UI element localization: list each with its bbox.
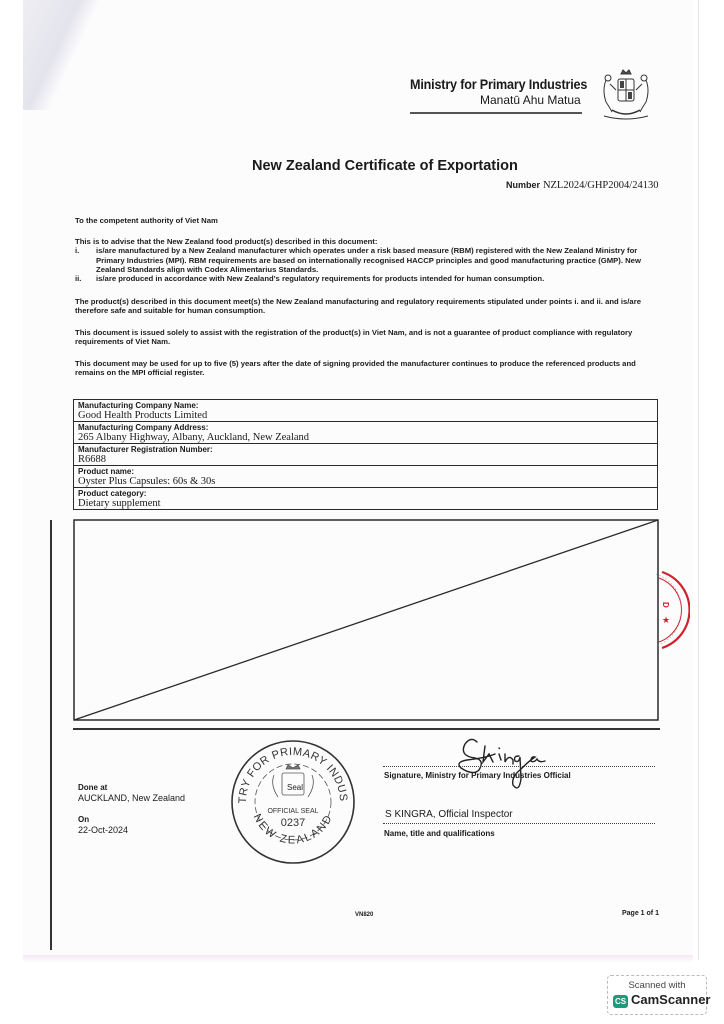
margin-line (50, 520, 52, 950)
field-value: Dietary supplement (78, 498, 653, 509)
svg-text:D: D (661, 602, 670, 608)
paragraph-compliance: The product(s) described in this documen… (75, 297, 660, 316)
seal-center-label: Seal (287, 783, 303, 792)
page-number: Page 1 of 1 (622, 910, 659, 917)
certificate-title: New Zealand Certificate of Exportation (252, 158, 518, 174)
cancelled-blank-box (73, 519, 659, 721)
done-at-value: AUCKLAND, New Zealand (78, 793, 185, 804)
date-value: 22-Oct-2024 (78, 825, 185, 836)
point-marker: i. (75, 246, 96, 274)
intro-text: This is to advise that the New Zealand f… (75, 237, 660, 246)
table-row: Product category: Dietary supplement (74, 488, 658, 510)
field-label: Manufacturing Company Name: (78, 401, 653, 410)
page-fold (23, 0, 98, 110)
seal-top-text: MINISTRY FOR PRIMARY INDUSTRIES (228, 737, 349, 804)
form-code: VN820 (355, 912, 373, 918)
ministry-name: Ministry for Primary Industries (410, 76, 587, 92)
coat-of-arms-icon (596, 66, 656, 122)
official-seal-stamp: MINISTRY FOR PRIMARY INDUSTRIES NEW ZEAL… (228, 737, 358, 867)
field-value: Good Health Products Limited (78, 410, 653, 421)
name-line (383, 823, 655, 824)
point-text: is/are produced in accordance with New Z… (96, 274, 544, 283)
paragraph-validity: This document may be used for up to five… (75, 359, 660, 378)
field-label: Product name: (78, 467, 653, 476)
signature-line (383, 766, 655, 767)
field-label: Product category: (78, 489, 653, 498)
certificate-number-value: NZL2024/GHP2004/24130 (543, 180, 659, 191)
paragraph-purpose: This document is issued solely to assist… (75, 328, 660, 347)
table-row: Manufacturing Company Address: 265 Alban… (74, 422, 658, 444)
addressee: To the competent authority of Viet Nam (75, 216, 660, 225)
field-value: R6688 (78, 454, 653, 465)
field-value: Oyster Plus Capsules: 60s & 30s (78, 476, 653, 487)
table-row: Manufacturing Company Name: Good Health … (74, 400, 658, 422)
page-edge-line (698, 0, 699, 960)
point-text: is/are manufactured by a New Zealand man… (96, 246, 660, 274)
camscanner-brand: CamScanner (631, 992, 710, 1007)
intro-block: This is to advise that the New Zealand f… (75, 237, 660, 283)
section-rule (73, 728, 660, 730)
details-table: Manufacturing Company Name: Good Health … (73, 399, 658, 510)
name-label: Name, title and qualifications (384, 829, 495, 838)
certificate-number-label: Number (506, 180, 540, 190)
table-row: Product name: Oyster Plus Capsules: 60s … (74, 466, 658, 488)
official-name: S KINGRA, Official Inspector (385, 809, 513, 820)
page-edge-shadow (23, 955, 693, 963)
on-label: On (78, 814, 185, 825)
place-and-date: Done at AUCKLAND, New Zealand On 22-Oct-… (78, 782, 185, 836)
svg-text:MINISTRY FOR PRIMARY INDUSTRIE: MINISTRY FOR PRIMARY INDUSTRIES (228, 737, 349, 804)
seal-official-text: OFFICIAL SEAL (267, 808, 318, 815)
red-stamp-fragment: D ★ (656, 570, 690, 650)
point-i: i. is/are manufactured by a New Zealand … (75, 246, 660, 274)
header-rule (410, 112, 582, 114)
point-ii: ii. is/are produced in accordance with N… (75, 274, 660, 283)
done-at-label: Done at (78, 782, 185, 793)
field-value: 265 Albany Highway, Albany, Auckland, Ne… (78, 432, 653, 443)
signature-label: Signature, Ministry for Primary Industri… (384, 771, 571, 780)
field-label: Manufacturing Company Address: (78, 423, 653, 432)
scanned-with-text: Scanned with (608, 980, 706, 991)
field-label: Manufacturer Registration Number: (78, 445, 653, 454)
svg-text:★: ★ (662, 616, 670, 626)
camscanner-watermark: Scanned with CS CamScanner (607, 975, 707, 1015)
certificate-number: Number NZL2024/GHP2004/24130 (506, 179, 658, 191)
point-marker: ii. (75, 274, 96, 283)
ministry-maori-name: Manatū Ahu Matua (480, 93, 581, 107)
camscanner-logo-icon: CS (613, 995, 628, 1008)
seal-number: 0237 (281, 817, 305, 829)
table-row: Manufacturer Registration Number: R6688 (74, 444, 658, 466)
